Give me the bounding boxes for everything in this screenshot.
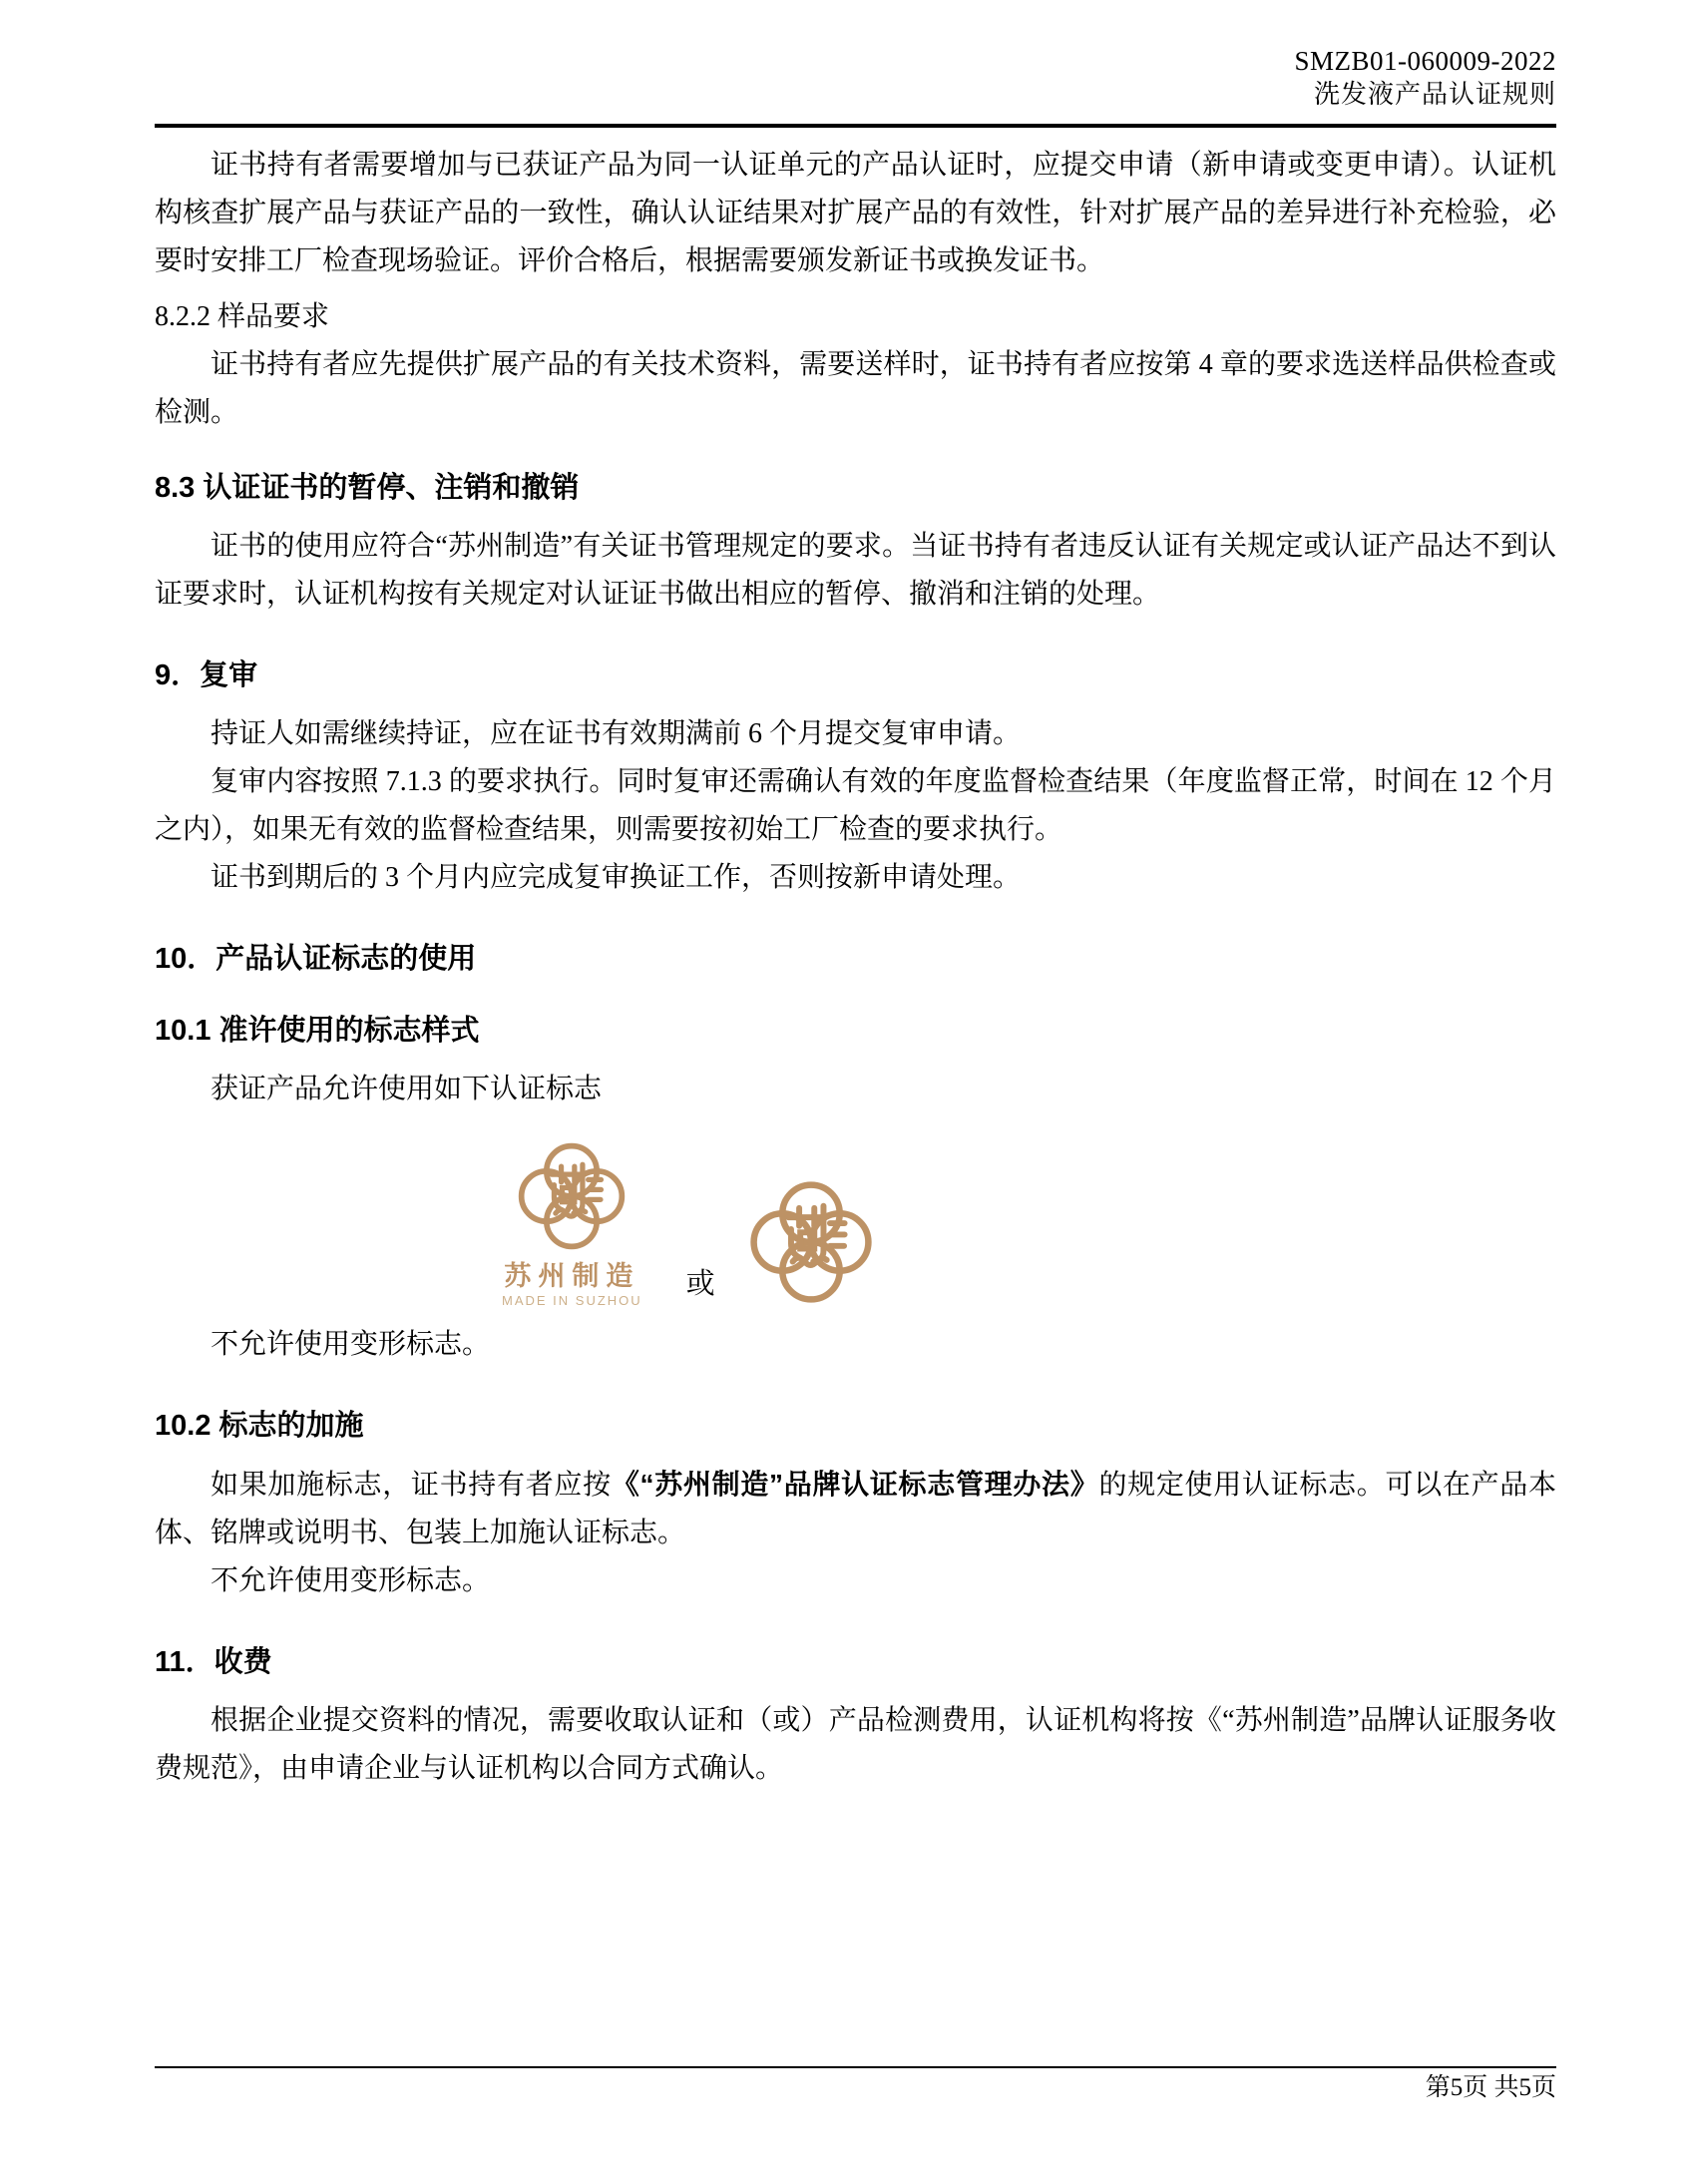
paragraph-review-renewal: 证书到期后的 3 个月内应完成复审换证工作，否则按新申请处理。: [155, 854, 1556, 902]
paragraph-mark-application: 如果加施标志，证书持有者应按《“苏州制造”品牌认证标志管理办法》的规定使用认证标…: [155, 1461, 1556, 1557]
or-separator: 或: [686, 1267, 715, 1301]
suzhou-made-emblem-icon: [514, 1139, 630, 1253]
heading-11-fees: 11．收费: [155, 1641, 1556, 1683]
paragraph-certificate-extension: 证书持有者需要增加与已获证产品为同一认证单元的产品认证时，应提交申请（新申请或变…: [155, 142, 1556, 285]
paragraph-sample-requirements: 证书持有者应先提供扩展产品的有关技术资料，需要送样时，证书持有者应按第 4 章的…: [155, 341, 1556, 437]
page-footer: 第5页 共5页: [155, 2066, 1556, 2105]
paragraph-permitted-marks-intro: 获证产品允许使用如下认证标志: [155, 1066, 1556, 1113]
document-body: 证书持有者需要增加与已获证产品为同一认证单元的产品认证时，应提交申请（新申请或变…: [155, 128, 1556, 1793]
doc-number: SMZB01-060009-2022: [155, 44, 1556, 78]
paragraph-fees: 根据企业提交资料的情况，需要收取认证和（或）产品检测费用，认证机构将按《“苏州制…: [155, 1697, 1556, 1793]
paragraph-no-deformed-marks-1: 不允许使用变形标志。: [155, 1321, 1556, 1369]
paragraph-certificate-suspension: 证书的使用应符合“苏州制造”有关证书管理规定的要求。当证书持有者违反认证有关规定…: [155, 523, 1556, 619]
logo-brand-name-en: MADE IN SUZHOU: [502, 1293, 642, 1309]
suzhou-made-logo-with-text: 苏州制造 MADE IN SUZHOU: [502, 1139, 642, 1309]
suzhou-made-emblem-icon: [745, 1177, 877, 1307]
heading-10-mark-usage: 10．产品认证标志的使用: [155, 938, 1556, 980]
paragraph-no-deformed-marks-2: 不允许使用变形标志。: [155, 1557, 1556, 1605]
heading-10-1-permitted-mark-styles: 10.1 准许使用的标志样式: [155, 1010, 1556, 1052]
paragraph-review-content: 复审内容按照 7.1.3 的要求执行。同时复审还需确认有效的年度监督检查结果（年…: [155, 758, 1556, 854]
doc-title: 洗发液产品认证规则: [155, 78, 1556, 112]
page-number: 第5页 共5页: [155, 2068, 1556, 2105]
mark-application-prefix: 如果加施标志，证书持有者应按: [211, 1470, 612, 1501]
heading-9-review: 9．复审: [155, 655, 1556, 696]
page-header: SMZB01-060009-2022 洗发液产品认证规则: [155, 0, 1556, 128]
paragraph-review-application: 持证人如需继续持证，应在证书有效期满前 6 个月提交复审申请。: [155, 710, 1556, 758]
heading-8-2-2-sample-requirements: 8.2.2 样品要求: [155, 295, 1556, 339]
heading-8-3-certificate-suspension: 8.3 认证证书的暂停、注销和撤销: [155, 467, 1556, 509]
certification-marks-row: 苏州制造 MADE IN SUZHOU 或: [502, 1139, 1556, 1309]
document-page: SMZB01-060009-2022 洗发液产品认证规则 证书持有者需要增加与已…: [0, 0, 1688, 2184]
mark-management-measures-title: 《“苏州制造”品牌认证标志管理办法》: [612, 1469, 1099, 1500]
logo-brand-name-cn: 苏州制造: [504, 1261, 639, 1291]
heading-10-2-mark-application: 10.2 标志的加施: [155, 1405, 1556, 1447]
